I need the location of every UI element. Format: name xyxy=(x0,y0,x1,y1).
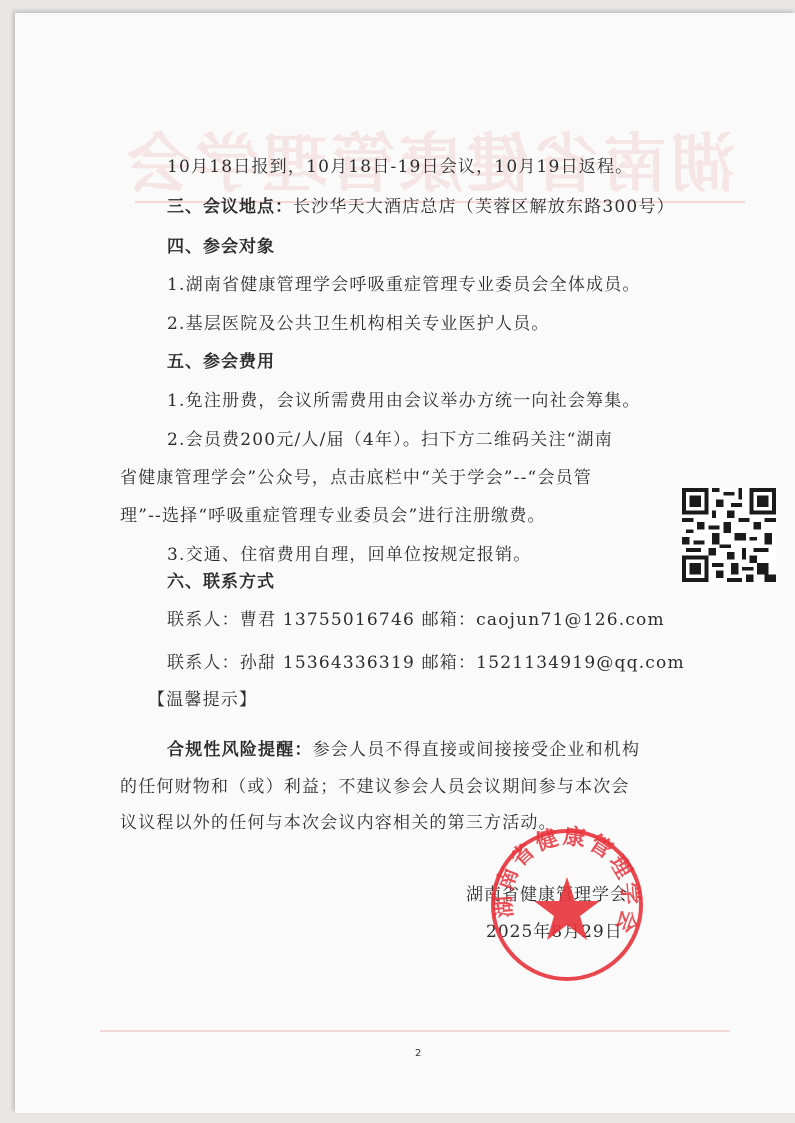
compliance-text-1: 参会人员不得直接或间接接受企业和机构 xyxy=(313,740,641,760)
compliance-line-1: 合规性风险提醒：参会人员不得直接或间接接受企业和机构 xyxy=(167,735,640,760)
section-5-item-1: 1.免注册费，会议所需费用由会议举办方统一向社会筹集。 xyxy=(167,386,641,411)
section-5-item-2-line-2: 省健康管理学会”公众号，点击底栏中“关于学会”--“会员管 xyxy=(120,463,592,488)
qr-code-image xyxy=(682,488,776,582)
compliance-label: 合规性风险提醒： xyxy=(167,740,313,760)
section-5-item-2-line-3: 理”--选择“呼吸重症管理专业委员会”进行注册缴费。 xyxy=(120,501,546,526)
section-5-title: 五、参会费用 xyxy=(167,347,275,372)
page-number: 2 xyxy=(415,1048,421,1059)
contact-2: 联系人：孙甜 15364336319 邮箱：1521134919@qq.com xyxy=(167,648,685,673)
qr-code-icon xyxy=(682,488,776,582)
footer-rule xyxy=(100,1030,730,1032)
venue-label: 三、会议地点： xyxy=(167,197,293,217)
section-5-item-3: 3.交通、住宿费用自理，回单位按规定报销。 xyxy=(167,540,531,565)
official-seal: 湖南省健康管理学会 xyxy=(487,825,647,985)
section-4-title: 四、参会对象 xyxy=(167,232,275,257)
schedule-line: 10月18日报到，10月18日-19日会议，10月19日返程。 xyxy=(167,152,633,177)
section-4-item-1: 1.湖南省健康管理学会呼吸重症管理专业委员会全体成员。 xyxy=(167,270,641,295)
seal-icon: 湖南省健康管理学会 xyxy=(487,825,647,985)
section-4-item-2: 2.基层医院及公共卫生机构相关专业医护人员。 xyxy=(167,309,550,334)
contact-1: 联系人：曹君 13755016746 邮箱：caojun71@126.com xyxy=(167,605,665,630)
section-5-item-2-line-1: 2.会员费200元/人/届（4年）。扫下方二维码关注“湖南 xyxy=(167,425,613,450)
venue-value: 长沙华天大酒店总店（芙蓉区解放东路300号） xyxy=(293,197,675,217)
section-6-title: 六、联系方式 xyxy=(167,567,275,592)
venue-line: 三、会议地点：长沙华天大酒店总店（芙蓉区解放东路300号） xyxy=(167,192,675,217)
tips-title: 【温馨提示】 xyxy=(148,685,257,710)
compliance-line-2: 的任何财物和（或）利益；不建议参会人员会议期间参与本次会 xyxy=(120,772,630,797)
